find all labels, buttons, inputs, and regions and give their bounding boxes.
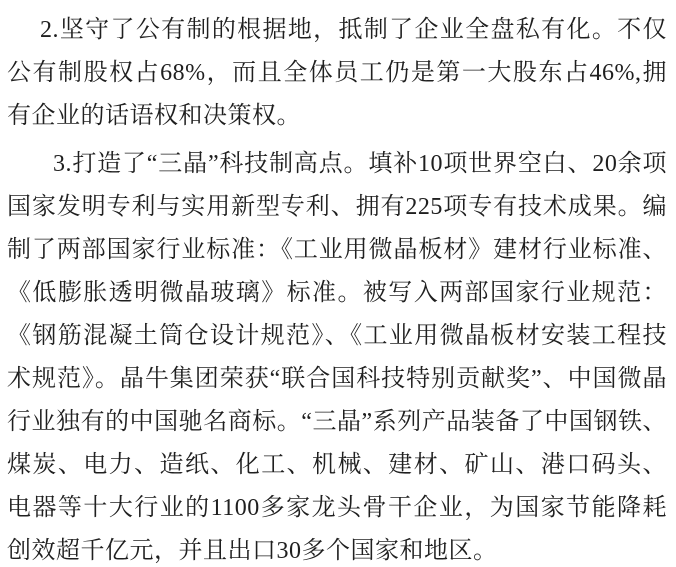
paragraph-technology: 3.打造了“三晶”科技制高点。填补10项世界空白、20余项国家发明专利与实用新型… bbox=[7, 143, 667, 567]
document-page: 2.坚守了公有制的根据地，抵制了企业全盘私有化。不仅公有制股权占68%，而且全体… bbox=[0, 0, 676, 567]
paragraph-ownership: 2.坚守了公有制的根据地，抵制了企业全盘私有化。不仅公有制股权占68%，而且全体… bbox=[7, 9, 667, 138]
